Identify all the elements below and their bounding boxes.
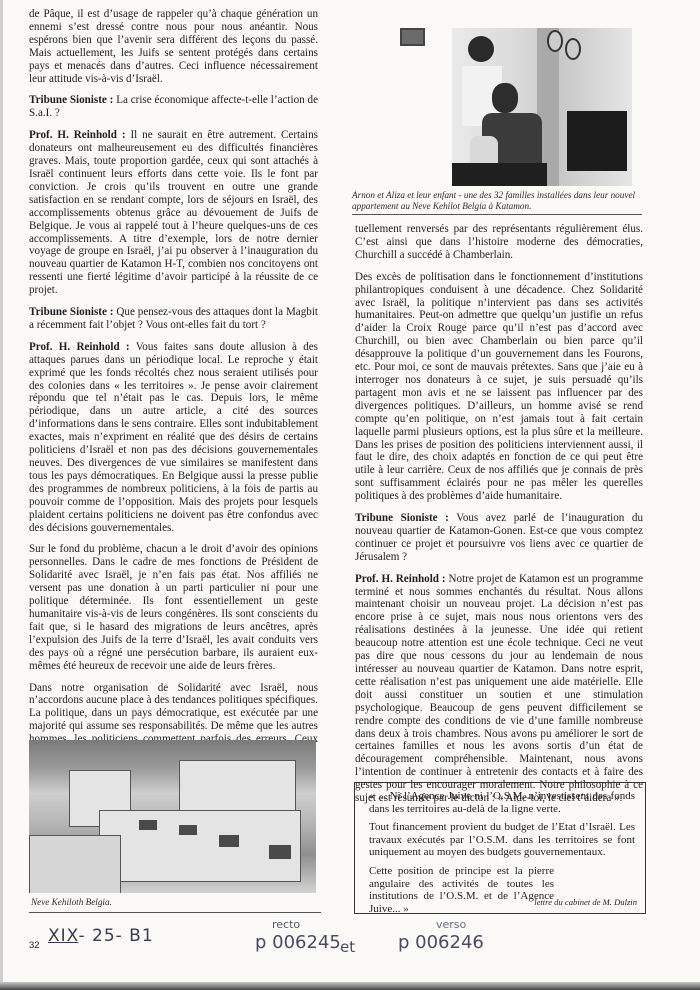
speaker-label: Prof. H. Reinhold : xyxy=(355,573,446,585)
building-photo xyxy=(29,740,316,893)
quote-paragraph: Tout financement provient du budget de l… xyxy=(369,821,635,859)
paragraph: Sur le fond du problème, chacun a le dro… xyxy=(29,543,318,672)
scan-edge-left xyxy=(0,0,3,990)
question-paragraph: Tribune Sioniste : Vous avez parlé de l’… xyxy=(355,512,643,564)
handwritten-verso-label: verso xyxy=(436,918,466,931)
right-article-column: tuellement renversés par des représentan… xyxy=(355,223,643,814)
speaker-label: Tribune Sioniste : xyxy=(355,512,449,524)
left-article-column: de Pâque, il est d’usage de rappeler qu’… xyxy=(29,8,318,768)
building-photo-caption: Neve Kehiloth Belgia. xyxy=(31,897,112,908)
speaker-label: Prof. H. Reinhold : xyxy=(29,341,130,353)
speaker-label: Tribune Sioniste : xyxy=(29,94,113,106)
quote-paragraph: Cette position de principe est la pierre… xyxy=(369,865,554,915)
question-paragraph: Tribune Sioniste : Que pensez-vous des a… xyxy=(29,306,318,332)
paragraph: tuellement renversés par des représentan… xyxy=(355,223,643,262)
paragraph: de Pâque, il est d’usage de rappeler qu’… xyxy=(29,8,318,85)
divider xyxy=(352,214,642,215)
handwritten-recto-label: recto xyxy=(272,918,300,931)
scan-edge-bottom xyxy=(0,982,700,990)
paragraph: Des excès de politisation dans le foncti… xyxy=(355,271,643,503)
handwritten-conjunction: et xyxy=(340,938,355,956)
speaker-label: Prof. H. Reinhold : xyxy=(29,129,126,141)
family-photo xyxy=(452,28,632,186)
answer-paragraph: Prof. H. Reinhold : Vous faites sans dou… xyxy=(29,341,318,535)
speaker-label: Tribune Sioniste : xyxy=(29,306,114,318)
quote-source: lettre du cabinet de M. Dulzin xyxy=(534,896,637,909)
quote-paragraph: « ... Ni l’Agence Juive ni l’O.S.M. n’in… xyxy=(369,790,635,815)
handwritten-archive-reference: XIX- 25- B1 xyxy=(48,926,154,946)
page-number: 32 xyxy=(29,940,40,951)
answer-paragraph: Prof. H. Reinhold : Notre projet de Kata… xyxy=(355,573,643,805)
divider xyxy=(29,912,321,913)
handwritten-recto-code: p 006245 xyxy=(255,932,341,953)
family-photo-caption: Arnon et Aliza et leur enfant - une des … xyxy=(352,190,652,212)
answer-paragraph: Prof. H. Reinhold : Il ne saurait en êtr… xyxy=(29,129,318,297)
handwritten-verso-code: p 006246 xyxy=(398,932,484,953)
wall-picture-frame xyxy=(400,28,425,46)
quote-box: « ... Ni l’Agence Juive ni l’O.S.M. n’in… xyxy=(354,782,646,914)
question-paragraph: Tribune Sioniste : La crise économique a… xyxy=(29,94,318,120)
